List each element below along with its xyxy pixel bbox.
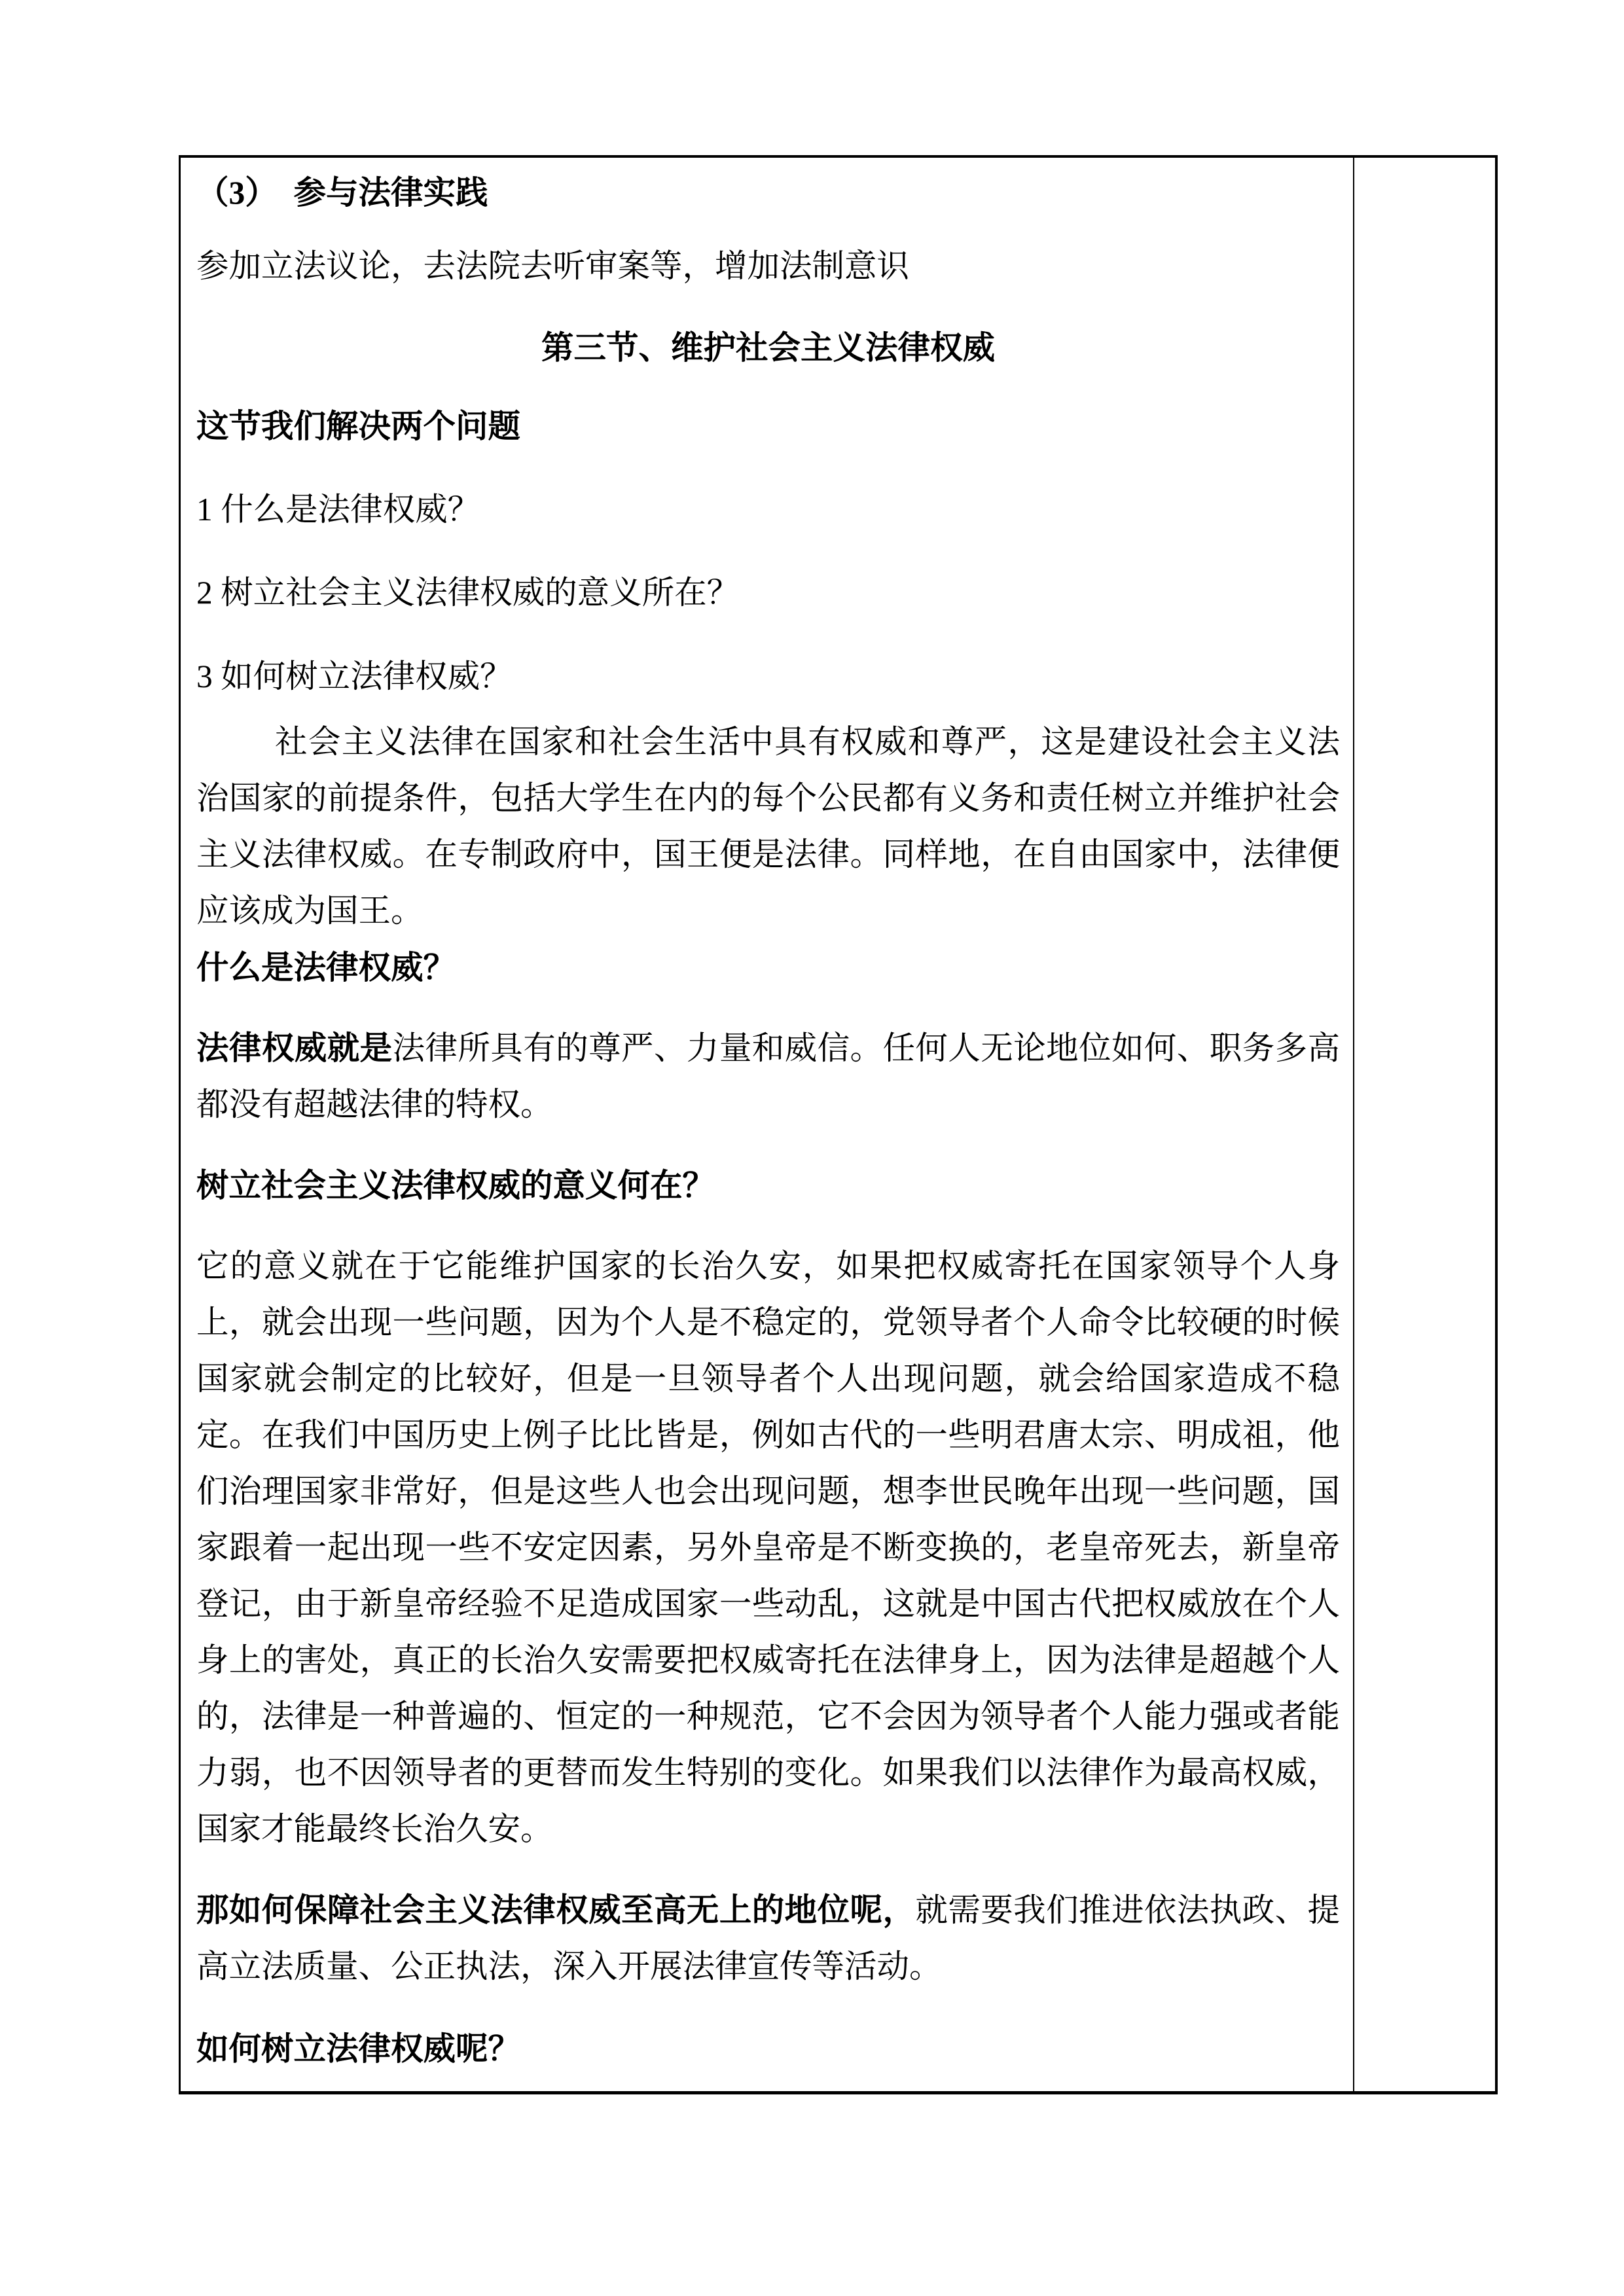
heading-what-is-legal-authority: 什么是法律权威？ [196, 940, 1340, 996]
para-ensure-authority: 那如何保障社会主义法律权威至高无上的地位呢，就需要我们推进依法执政、提高立法质量… [196, 1882, 1340, 1995]
main-text-cell: （3） 参与法律实践 参加立法议论，去法院去听审案等，增加法制意识 第三节、维护… [181, 158, 1353, 2091]
definition-lead-bold: 法律权威就是 [196, 1030, 393, 1066]
para-significance: 它的意义就在于它能维护国家的长治久安，如果把权威寄托在国家领导个人身上，就会出现… [196, 1238, 1340, 1857]
heading-two-questions: 这节我们解决两个问题 [196, 399, 1340, 455]
question-2: 2 树立社会主义法律权威的意义所在？ [196, 565, 1340, 621]
para-definition: 法律权威就是法律所具有的尊严、力量和威信。任何人无论地位如何、职务多高都没有超越… [196, 1020, 1340, 1133]
content-table: （3） 参与法律实践 参加立法议论，去法院去听审案等，增加法制意识 第三节、维护… [179, 155, 1498, 2094]
para-legal-practice: 参加立法议论，去法院去听审案等，增加法制意识 [196, 238, 1340, 295]
question-1: 1 什么是法律权威？ [196, 482, 1340, 538]
question-3: 3 如何树立法律权威？ [196, 649, 1340, 705]
document-page: （3） 参与法律实践 参加立法议论，去法院去听审案等，增加法制意识 第三节、维护… [0, 0, 1624, 2296]
right-empty-column [1353, 158, 1495, 2091]
para-socialist-law-authority: 社会主义法律在国家和社会生活中具有权威和尊严，这是建设社会主义法治国家的前提条件… [196, 714, 1340, 939]
section-title: 第三节、维护社会主义法律权威 [196, 320, 1340, 376]
heading-participate-legal-practice: （3） 参与法律实践 [196, 165, 1340, 221]
ensure-lead-bold: 那如何保障社会主义法律权威至高无上的地位呢， [196, 1892, 915, 1928]
heading-how-to-establish: 如何树立法律权威呢？ [196, 2021, 1340, 2077]
heading-significance: 树立社会主义法律权威的意义何在？ [196, 1158, 1340, 1214]
